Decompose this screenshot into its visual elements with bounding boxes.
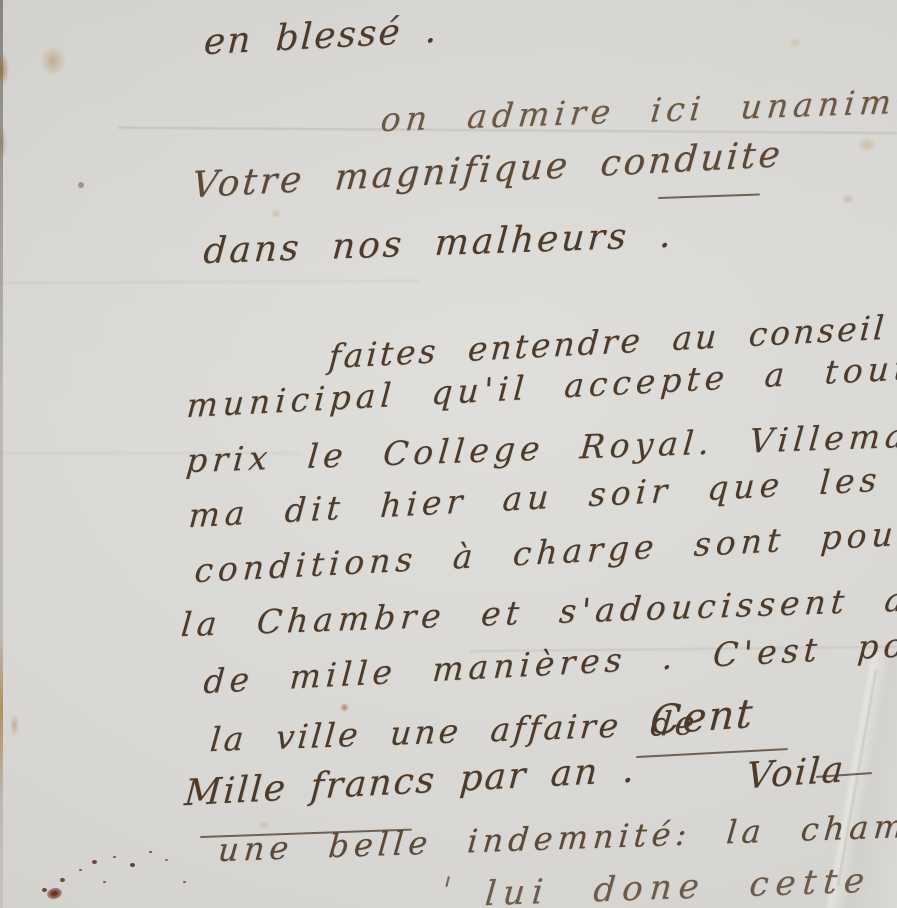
foxing-speck xyxy=(78,182,84,188)
apostrophe-mark xyxy=(445,876,450,887)
foxing-stain xyxy=(40,46,66,76)
red-ink-dot xyxy=(340,703,349,712)
fold-crease-faint-1 xyxy=(0,280,420,284)
flourish-dash-after-conduite xyxy=(658,193,760,199)
paper-left-edge xyxy=(0,0,3,908)
handwriting-line-15-partial: lui done cette xyxy=(483,861,872,908)
foxing-stain xyxy=(788,38,802,48)
ink-blot xyxy=(46,886,63,901)
handwriting-line-2: on admire ici unanimᵗ xyxy=(379,82,897,140)
foxing-stain xyxy=(271,209,281,218)
ink-spatter xyxy=(42,888,47,892)
handwriting-line-1: en blessé . xyxy=(203,10,440,63)
foxing-stain xyxy=(842,194,854,204)
handwriting-line-4: dans nos malheurs . xyxy=(202,215,675,273)
handwriting-line-13: Mille francs par an . xyxy=(183,749,637,814)
foxing-stain xyxy=(858,138,876,152)
handwriting-word-cent: Cent xyxy=(649,691,756,745)
handwriting-line-14: une belle indemnité: la chambre xyxy=(217,804,897,869)
letter-page: en blessé . on admire ici unanimᵗ Votre … xyxy=(0,0,897,908)
handwriting-word-voila: Voila xyxy=(745,749,847,797)
foxing-stain xyxy=(10,714,19,736)
